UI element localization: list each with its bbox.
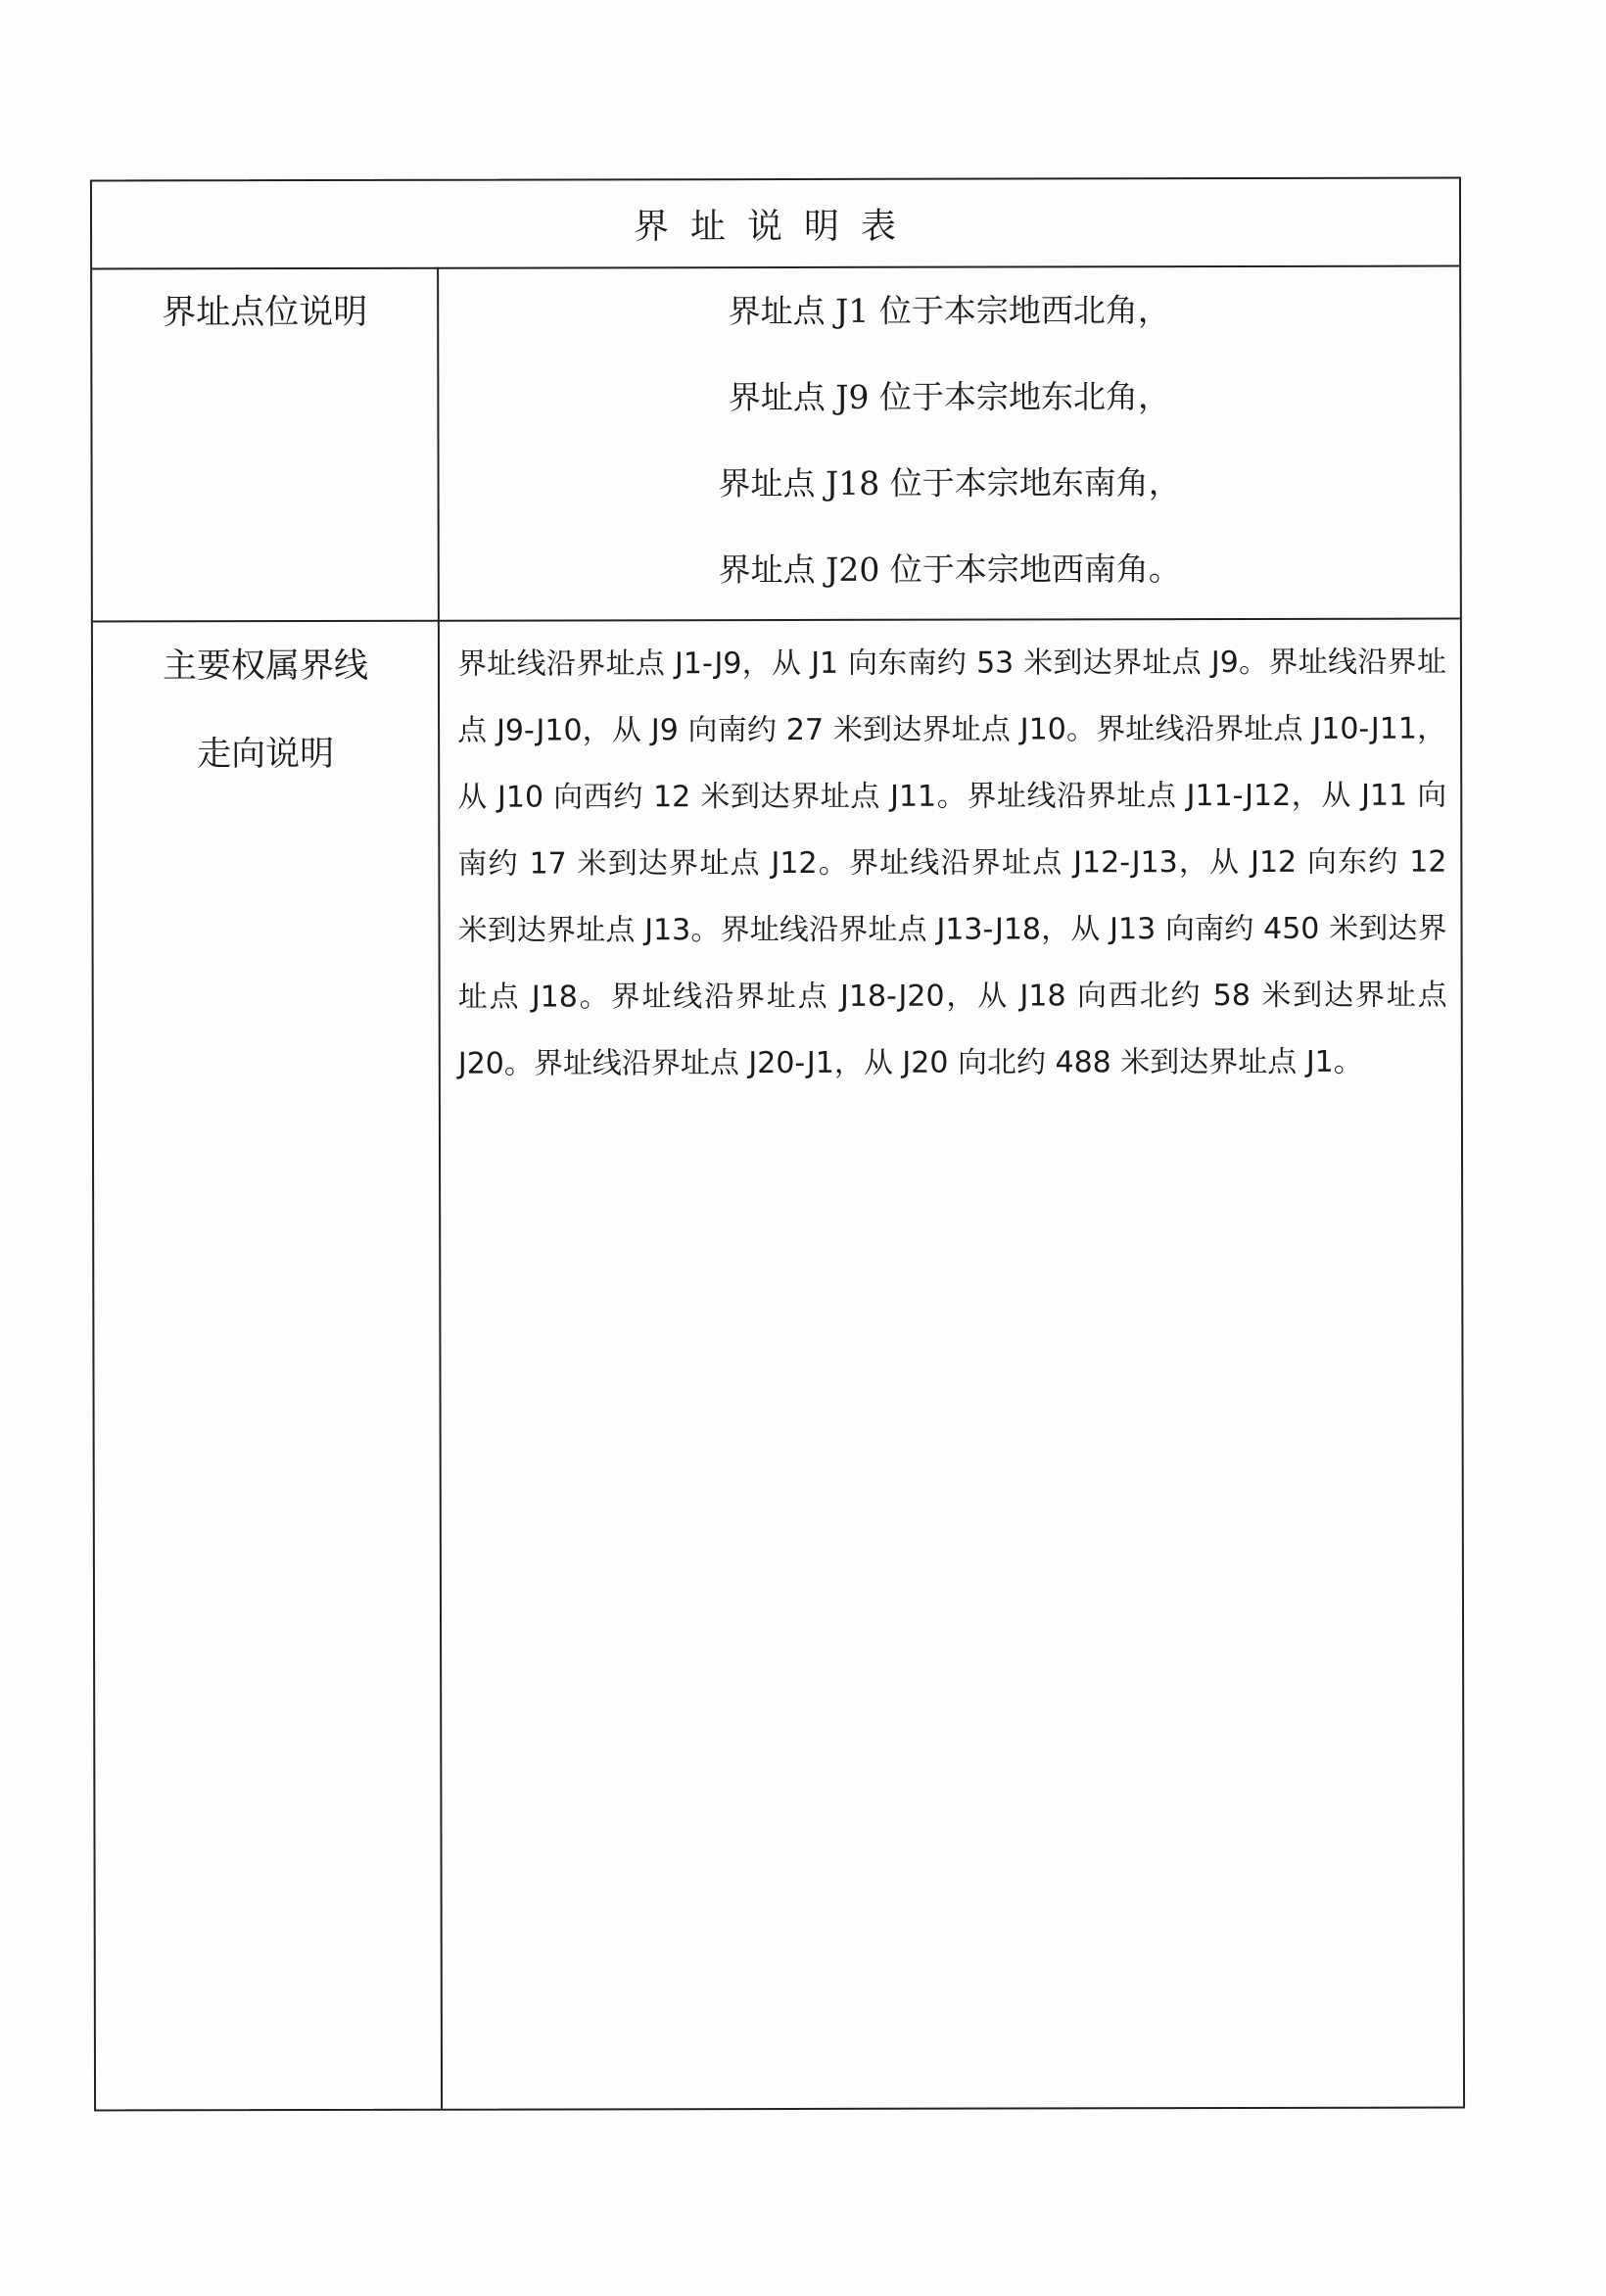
boundary-points-list: 界址点 J1 位于本宗地西北角， 界址点 J9 位于本宗地东北角， 界址点 J1…: [439, 265, 1460, 612]
row-label-boundary-points: 界址点位说明: [92, 267, 437, 359]
boundary-point-j9: 界址点 J9 位于本宗地东北角，: [439, 352, 1459, 440]
table-title: 界址说明表: [92, 179, 1459, 270]
boundary-point-j20: 界址点 J20 位于本宗地西南角。: [440, 524, 1460, 612]
row-label-line2: 走向说明: [93, 710, 438, 799]
row-label-boundary-lines: 主要权属界线 走向说明: [93, 622, 438, 799]
boundary-point-j18: 界址点 J18 位于本宗地东南角，: [439, 438, 1459, 526]
row-label-line1: 主要权属界线: [93, 622, 438, 711]
table-row-boundary-points: 界址点位说明 界址点 J1 位于本宗地西北角， 界址点 J9 位于本宗地东北角，…: [92, 265, 1460, 623]
boundary-line-description: 界址线沿界址点 J1-J9，从 J1 向东南约 53 米到达界址点 J9。界址线…: [457, 620, 1447, 1098]
table-row-boundary-lines: 主要权属界线 走向说明 界址线沿界址点 J1-J9，从 J1 向东南约 53 米…: [93, 620, 1463, 2110]
boundary-point-j1: 界址点 J1 位于本宗地西北角，: [439, 265, 1459, 354]
boundary-description-table: 界址说明表 界址点位说明 界址点 J1 位于本宗地西北角， 界址点 J9 位于本…: [90, 177, 1465, 2112]
